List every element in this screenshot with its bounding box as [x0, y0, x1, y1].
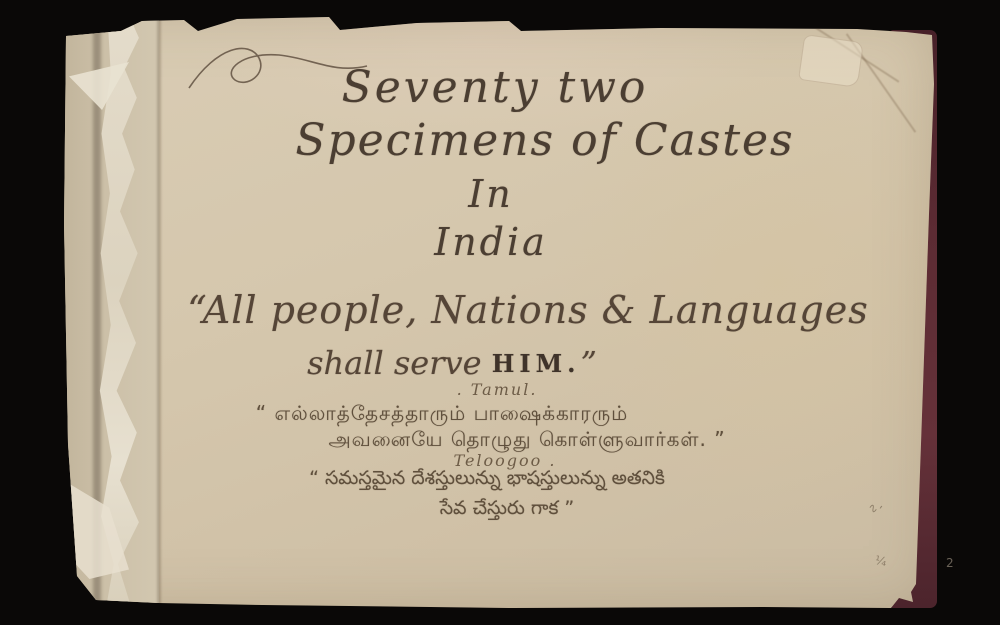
manuscript-title-page: Seventy two Specimens of Castes In India… — [63, 14, 935, 612]
telugu-verse-line-2: సేవ చేస్తురు గాక ” — [71, 497, 943, 524]
tamil-verse-line-2: அவனையே தொழுது கொள்ளுவார்கள். ” — [91, 427, 963, 454]
title-line-4: India — [55, 220, 927, 264]
language-label-tamul: . Tamul. — [61, 380, 933, 399]
pencil-mark-on-cover: 2 — [946, 556, 954, 570]
title-line-1: Seventy two — [59, 62, 931, 113]
quote-line-2: shall serve HIM.” — [16, 344, 888, 382]
title-line-2: Specimens of Castes — [109, 115, 981, 166]
title-line-3: In — [55, 172, 927, 216]
scanned-book-photo: Seventy two Specimens of Castes In India… — [0, 0, 1000, 625]
tamil-verse-line-1: “ எல்லாத்தேசத்தாரும் பாஷைக்காரரும் — [6, 401, 878, 428]
quote-close-mark: ” — [581, 344, 597, 382]
quote-line-2-script: shall serve — [307, 344, 492, 382]
quote-line-1: “All people, Nations & Languages — [92, 288, 964, 332]
quote-him-emphasis: HIM. — [492, 349, 581, 378]
telugu-verse-line-1: “ సమస్తమైన దేశస్తులున్ను భాషస్తులున్ను అ… — [51, 467, 923, 494]
pencil-mark: ¼ — [874, 553, 888, 569]
